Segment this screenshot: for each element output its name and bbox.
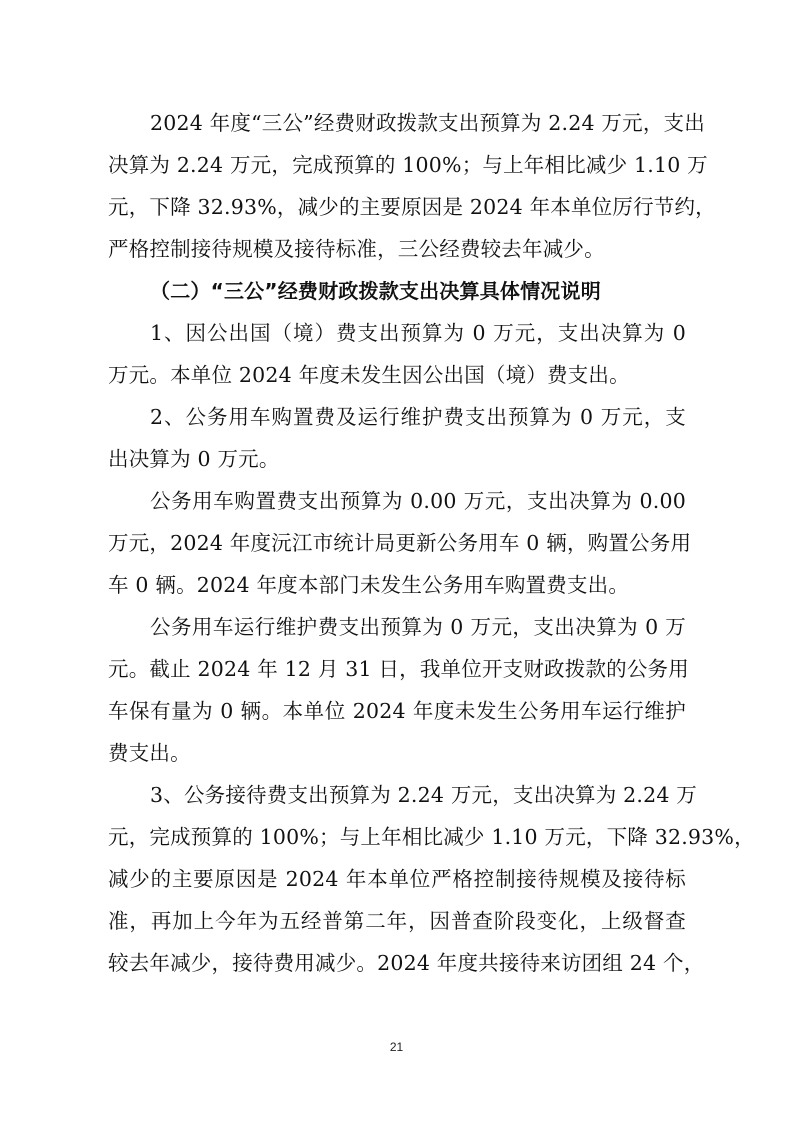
paragraph-line: 准，再加上今年为五经普第二年，因普查阶段变化，上级督查 — [108, 906, 686, 936]
paragraph-line: 车保有量为 0 辆。本单位 2024 年度未发生公务用车运行维护 — [108, 696, 686, 726]
paragraph-line: 严格控制接待规模及接待标准，三公经费较去年减少。 — [108, 234, 686, 264]
paragraph-line: 2、公务用车购置费及运行维护费支出预算为 0 万元，支 — [150, 402, 686, 432]
paragraph-line: 万元。本单位 2024 年度未发生因公出国（境）费支出。 — [108, 360, 686, 390]
paragraph-line: 减少的主要原因是 2024 年本单位严格控制接待规模及接待标 — [108, 864, 686, 894]
paragraph-line: 元，完成预算的 100%；与上年相比减少 1.10 万元，下降 32.93%， — [108, 822, 686, 852]
paragraph-line: 出决算为 0 万元。 — [108, 444, 686, 474]
paragraph-line: 万元，2024 年度沅江市统计局更新公务用车 0 辆，购置公务用 — [108, 528, 686, 558]
document-page: 2024 年度“三公”经费财政拨款支出预算为 2.24 万元，支出决算为 2.2… — [0, 0, 793, 1122]
paragraph-line: 公务用车购置费支出预算为 0.00 万元，支出决算为 0.00 — [150, 486, 686, 516]
section-heading: （二）“三公”经费财政拨款支出决算具体情况说明 — [150, 276, 620, 306]
paragraph-line: 1、因公出国（境）费支出预算为 0 万元，支出决算为 0 — [150, 318, 686, 348]
paragraph-line: 较去年减少，接待费用减少。2024 年度共接待来访团组 24 个， — [108, 948, 686, 978]
page-number: 21 — [0, 1040, 793, 1054]
paragraph-line: 元。截止 2024 年 12 月 31 日，我单位开支财政拨款的公务用 — [108, 654, 686, 684]
paragraph-line: 费支出。 — [108, 738, 686, 768]
paragraph-line: 2024 年度“三公”经费财政拨款支出预算为 2.24 万元，支出 — [150, 108, 686, 138]
paragraph-line: 决算为 2.24 万元，完成预算的 100%；与上年相比减少 1.10 万 — [108, 150, 686, 180]
paragraph-line: 公务用车运行维护费支出预算为 0 万元，支出决算为 0 万 — [150, 612, 686, 642]
paragraph-line: 3、公务接待费支出预算为 2.24 万元，支出决算为 2.24 万 — [150, 780, 686, 810]
paragraph-line: 元，下降 32.93%，减少的主要原因是 2024 年本单位厉行节约， — [108, 192, 686, 222]
paragraph-line: 车 0 辆。2024 年度本部门未发生公务用车购置费支出。 — [108, 570, 686, 600]
